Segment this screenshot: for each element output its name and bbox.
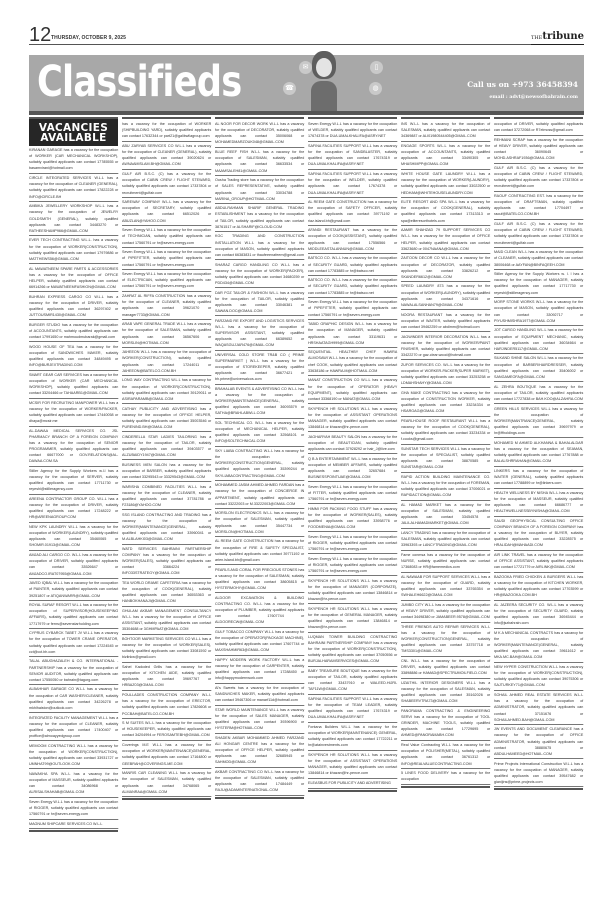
- classified-ad: SAUDI GEOPHYSICAL CONSULTING OFFICE COMP…: [494, 517, 583, 551]
- classified-ad: S M SUITES W.L.L has a vacancy for the o…: [122, 719, 211, 741]
- column-top-rule: [122, 117, 211, 119]
- classified-ad: MANAT CONSTRUCTION CO W.L.L has a vacanc…: [308, 376, 397, 404]
- contact-email: email : advt@newsofbahrain.com: [489, 94, 578, 100]
- column-1: VACANCIES AVAILABLE KIRANAN GARAGE has a…: [29, 117, 118, 832]
- classified-columns: VACANCIES AVAILABLE KIRANAN GARAGE has a…: [29, 117, 584, 887]
- classified-ad: BABY TREASURE BOUTIQUE has a vacancy for…: [308, 667, 397, 695]
- column-end-rule: [401, 786, 490, 788]
- classified-ad: ABU ZARYAB SERVICES CO W.L.L has a vacan…: [122, 142, 211, 170]
- classified-ad: DAR FOZ TAILOR & FASHION W.L.L has a vac…: [215, 288, 304, 316]
- column-top-rule: [401, 117, 490, 119]
- classified-ad: ELITE RESORT AND SPA W.L.L has a vacancy…: [401, 198, 490, 226]
- classified-ad: SKYPENCH HR SOLUTIONS W.L.L has a vacanc…: [308, 404, 397, 432]
- classified-ad: THREE FRIENDS AUTO REPAIR SERVICES W.L.L…: [401, 623, 490, 657]
- classified-ad: BURGER STUDIO has a vacancy for the occu…: [29, 320, 118, 342]
- classified-ad: AREENA CONTRACTOR GROUP CO. W.L.L has a …: [29, 495, 118, 523]
- classified-ad: Seven Energy W.L.L has a vacancy for the…: [122, 270, 211, 292]
- classified-ad: AMJAD ALI CARGO CO. W.L.L has a vacancy …: [29, 551, 118, 579]
- ad-list: has a vacancy for the occupation of WORK…: [122, 120, 211, 797]
- classified-ad: CYPRUS CYBARCK TABET JV W.L.L has a vaca…: [29, 629, 118, 657]
- brand-prefix: THE: [531, 35, 542, 41]
- classified-ad: BUHRAN EXPRESS CARGO CO W.L.L has a vaca…: [29, 292, 118, 320]
- envelope-icon: ✉: [299, 61, 312, 74]
- classified-ad: Seven Energy W.L.L has a vacancy for the…: [308, 532, 397, 554]
- classified-ad: HIMMI FOR PACKING FOOD STUFF has a vacan…: [308, 504, 397, 532]
- classified-ad: MOHAMMED JASIM AHMED AHMED FARDAN has a …: [215, 481, 304, 509]
- globe-icon: ◍: [369, 82, 382, 95]
- classified-ad: WATD SERVICES BAHRAINI PARTNERSHIP COMPA…: [122, 545, 211, 579]
- classified-ad: JAGHARYAH BEAUTY SALON has a vacancy for…: [308, 432, 397, 454]
- classified-ad: Seven Energy W.L.L has a vacancy for the…: [308, 554, 397, 576]
- classified-ad: EVER TECH CONTRACTING W.L.L. has a vacan…: [29, 236, 118, 264]
- classified-ad: Fame conmsa has a vacancy for the occupa…: [401, 551, 490, 573]
- classified-ad: LINKERS has a vacancy for the occupation…: [494, 467, 583, 489]
- classified-ad: AL REEM GATE CONSTRUCTION has a vacancy …: [215, 537, 304, 565]
- classified-ad: GHA MAKE CONTRACTING has a vacancy for t…: [401, 388, 490, 416]
- newspaper-page: 12 THURSDAY, OCTOBER 9, 2025 THEtribune …: [29, 0, 584, 900]
- classified-ad: AL-DAWAA MEDICAL SERVICES CO. JSL PHARMA…: [29, 427, 118, 467]
- classified-ad: LANCY TRADING has a vacancy for the occu…: [401, 529, 490, 551]
- classified-ad: BRAHALAB EVENTS & ADVERTISING CO W.L.L h…: [215, 385, 304, 419]
- classified-ad: ZAHRAT AL RIFFA CONSTRUCTION has a vacan…: [122, 292, 211, 320]
- classified-ad: ELEASBUS FOR PUBLICITY AND ADVERTISING: [308, 779, 397, 789]
- classified-ad: BATSCO CO. W.L.L has a vacancy for the o…: [308, 276, 397, 298]
- classified-ad: BOHTOOR MARKETING SERVICES CO W.L.L has …: [122, 635, 211, 663]
- column-4: Seven Energy W.L.L has a vacancy for the…: [308, 117, 397, 792]
- classified-ad: Fontana Builders W.L.L has a vacancy for…: [308, 723, 397, 751]
- classified-ad: RAPID ACTION BUILDING MAINTENANCE CO. W.…: [401, 473, 490, 501]
- classified-ad: Real Value Contracting W.L.L has a vacan…: [401, 741, 490, 769]
- column-end-rule: [308, 790, 397, 792]
- classified-ad: JW EVENTS AND DOCUMENT CLEARANCE has a v…: [494, 725, 583, 759]
- classified-ad: AL NOOR FOR DECOR WORK W.L.L has a vacan…: [215, 120, 304, 148]
- brand-logo: THEtribune: [531, 31, 584, 45]
- classified-ad: BAZOOKA FRIED CHICKEN & BURGERS W.L.L ha…: [494, 573, 583, 601]
- classified-ad: Stiller Agency for the Supply Workers w.…: [494, 270, 583, 298]
- classified-ad: KGC TRADING AND CONSTRUCTION INSTALLATIO…: [215, 232, 304, 260]
- classified-ad: Prime Projects International Constructio…: [494, 759, 583, 787]
- classified-ad: REHMANI SCRAP has a vacancy for the occu…: [494, 136, 583, 164]
- classified-ad: JAHEEON W.L.L has a vacancy for the occu…: [122, 348, 211, 376]
- classified-ad: ABDULRAHMAN SHARIF GENERAL TRADING ESTAB…: [215, 204, 304, 232]
- classified-ad: FARZAND RE EXPORT AND LOGISTICS SERVICES…: [215, 316, 304, 350]
- classified-ad: Seven Energy W.L.L has a vacancy for the…: [122, 226, 211, 248]
- classified-ad: Seven Energy W.L.L has a vacancy for the…: [29, 798, 118, 820]
- classified-ad: RAOUF CONTRACTING EST. has a vacancy for…: [494, 192, 583, 220]
- classified-ad: GULF TOBACCO COMPANY W.L.L has a vacancy…: [215, 628, 304, 656]
- classified-ad: Stiller Agency for the Supply Workers w.…: [29, 467, 118, 495]
- classified-ad: SPEED LAUNDRY 873 has a vacancy for the …: [401, 282, 490, 310]
- classified-ad: SUNSTAR TECH SERVICES W.L.L has a vacanc…: [401, 445, 490, 473]
- brand-name: tribune: [542, 31, 584, 42]
- classified-ad: BUSINESS MEN SALON has a vacancy for the…: [122, 460, 211, 482]
- classified-ad: GULF AIR B.S.C. (C) has a vacancy for th…: [494, 164, 583, 192]
- classified-ad: PANORAMA CONTRACTING & ENGINEERING SERVI…: [401, 707, 490, 741]
- classified-ad: SMART GEAR CAR SERVICES has a vacancy fo…: [29, 371, 118, 399]
- section-title: Classifieds: [37, 57, 241, 107]
- classified-ad: NAWAKHA SPA W.L.L has a vacancy for the …: [29, 769, 118, 797]
- classified-ad: GULF AIR B.S.C. (C) has a vacancy for th…: [122, 170, 211, 198]
- classified-ad: SILKAND SHINE SALON W.L.L has a vacancy …: [494, 354, 583, 382]
- classified-ad: MORSLON ELECTRONICS W.L.L has a vacancy …: [215, 509, 304, 537]
- classified-ad: ROYAL SURAF RESORT W.L.L has a vacancy f…: [29, 601, 118, 629]
- classified-ad: Al's Sweets has a vacancy for the occupa…: [215, 684, 304, 706]
- ad-list: AL NOOR FOR DECOR WORK W.L.L has a vacan…: [215, 120, 304, 796]
- classified-ad: SAFINA FACILITIES SUPPORT W.L.L has a va…: [308, 170, 397, 198]
- classified-ad: UNIVERSAL COLD STORE TR&B CO ( PRIME SUP…: [215, 351, 304, 385]
- classified-ad: AIR LINK TRAVEL has a vacancy for the oc…: [494, 551, 583, 573]
- classified-ad: JAVED IQBAL W.L.L has a vacancy for the …: [29, 579, 118, 601]
- classified-ad: AKBAR CONTRACTING CO W.L.L has a vacancy…: [215, 768, 304, 796]
- classified-ad: AFANDI RESTAURANT has a vacancy for the …: [308, 226, 397, 254]
- classified-ad: MCSIR FOR RECRUITING MANPOWER W.L.L has …: [29, 399, 118, 427]
- classifieds-banner: Classifieds ✉ ☎ ▯ ◍ Call us on +973 3645…: [29, 55, 584, 115]
- classified-ad: M K A MECHANICAL CONTRACTS has a vacancy…: [494, 629, 583, 663]
- classified-ad: HAPPY MODERN WORK FACTORY W.L.L has a va…: [215, 656, 304, 684]
- classified-ad: PEARLS AND CORAL FOR PRECIOUS STONES has…: [215, 565, 304, 593]
- classified-ad: SOHAIL AHMED REAL ESTATE SERVICES W.L.L …: [494, 691, 583, 725]
- column-5: INS W.L.L has a vacancy for the occupati…: [401, 117, 490, 788]
- column-2: has a vacancy for the occupation of WORK…: [122, 117, 211, 800]
- classified-ad: GHULAM AKBAR MANAGEMENT CONSULTANCY W.L.…: [122, 607, 211, 635]
- classified-ad: CATHAY PUBLICITY AND ADVERTISING has a v…: [122, 404, 211, 432]
- heading-line-2: AVAILABLE: [29, 133, 118, 143]
- masthead: 12 THURSDAY, OCTOBER 9, 2025 THEtribune: [29, 22, 584, 45]
- classified-ad: TEA WORLD DRAME CAFETERIA has a vacancy …: [122, 579, 211, 607]
- classified-ad: SKYPENCH HR SOLUTIONS W.L.L has a vacanc…: [308, 604, 397, 632]
- classified-ad: Seven Energy W.L.L has a vacancy for the…: [308, 298, 397, 320]
- ad-list: occupation of DRIVER, suitably qualified…: [494, 120, 583, 787]
- classified-ad: AAMIR SHAHZAD 79 SUPPORT SERVICES CO W.L…: [401, 226, 490, 254]
- classified-ad: ALDOOR EXCAVATION & BUILDING CONTRACTING…: [215, 593, 304, 627]
- classified-ad: SAFINA FACILITIES SUPPORT W.L.L has a va…: [308, 695, 397, 723]
- classified-ad: WARISHA COMBINED FACILITIES W.L.L has a …: [122, 482, 211, 510]
- classified-ad: SOL TECHNICAL CO. W.L.L has a vacancy fo…: [215, 419, 304, 447]
- classified-ad: PEARLHOUSE ROOF RESTAURANT W.L.L has a v…: [401, 417, 490, 445]
- classified-ad: TABID GRAPHIC DESIGN W.L.L has a vacancy…: [308, 320, 397, 348]
- classified-ad: MORP STONE WORKS W.L.L has a vacancy for…: [494, 298, 583, 326]
- page-number: 12: [29, 25, 51, 45]
- classified-ad: MAID CLEAN W.L.L has a vacancy for the o…: [494, 248, 583, 270]
- classified-ad: NOORA RESTAURANT has a vacancy for the o…: [401, 310, 490, 332]
- classified-ad: NEW HYPER CONSTRUCTION W.L.L has a vacan…: [494, 663, 583, 691]
- classified-ad: Seven Energy W.L.L has a vacancy for the…: [122, 248, 211, 270]
- classified-ad: ZUFOR SERVICES CO. W.L.L has a vacancy f…: [401, 360, 490, 388]
- classified-ad: BLUE REEF FISH W.L.L has a vacancy for t…: [215, 148, 304, 176]
- classified-ad: AL MAWATNEEM SPARE PARTS & ACCESSORIES h…: [29, 264, 118, 292]
- classified-ad: occupation of DRIVER, suitably qualified…: [494, 120, 583, 136]
- classified-ad: SHADEN AKBAR MOHAMMED AHMED FARZAND ALI …: [215, 734, 304, 768]
- classified-ad: JUMBO CITY W.L.L has a vacancy for the o…: [401, 601, 490, 623]
- column-end-rule: [29, 830, 118, 832]
- ad-list: KIRANAN GARAGE has a vacancy for the occ…: [29, 146, 118, 829]
- classified-ad: CIRCLE INTEGRATED SERVICES W.L.L has a v…: [29, 174, 118, 202]
- classified-ad: MOHAMED M AHMED ALKHANNA & BAHALALDAR ha…: [494, 438, 583, 466]
- classified-ad: SKYPENCH HR SOLUTIONS W.L.L has a vacanc…: [308, 751, 397, 779]
- call-number: Call us on +973 36458394: [467, 80, 578, 89]
- classified-ad: BATSCO CO. W.L.L has a vacancy for the o…: [308, 254, 397, 276]
- classified-ad: AL NAWAAB FOR SUPPORT SERVICES W.L.L has…: [401, 573, 490, 601]
- column-3: AL NOOR FOR DECOR WORK W.L.L has a vacan…: [215, 117, 304, 799]
- issue-date: THURSDAY, OCTOBER 9, 2025: [51, 35, 126, 41]
- classified-ad: ZAITOON DECOR CO W.L.L has a vacancy for…: [401, 254, 490, 282]
- classified-ad: UZAITHIL INTERIOR DESIGNERS W.L.L has a …: [401, 679, 490, 707]
- classified-ad: Ousha Trading store has a vacancy for th…: [215, 176, 304, 204]
- classified-ad: AMBIKA JEWELLERY WORKSHOP W.L.L has a va…: [29, 202, 118, 236]
- classified-ad: KIRANAN GARAGE has a vacancy for the occ…: [29, 146, 118, 174]
- classified-ad: AL REEM GATE CONSTRUCTION has a vacancy …: [308, 198, 397, 226]
- column-top-rule: [494, 117, 583, 119]
- column-top-rule: [215, 117, 304, 119]
- classified-ad: AL ZEHRA BOUTIQUE has a vacancy for the …: [494, 382, 583, 404]
- classified-ad: MANRIS CAR CLEANING W.L.L has a vacancy …: [122, 769, 211, 797]
- classified-ad: Q B A ENTERTAINMENT W.L.L has a vacancy …: [308, 454, 397, 482]
- classified-ad: POULLADES CONSTRUCTION COMPANY W.L.L has…: [122, 691, 211, 719]
- classified-ad: SAREWAY COMPANY W.L.L has a vacancy for …: [122, 198, 211, 226]
- classified-ad: HEALTH WELLNESS BY NISHA W.L.L has a vac…: [494, 489, 583, 517]
- classified-ad: SHARAZ CARGO HANDLING CO W.L.L has a vac…: [215, 260, 304, 288]
- classified-ad: GULF AIR B.S.C. (C) has a vacancy for th…: [494, 220, 583, 248]
- classified-ad: SKYPENCH HR SOLUTIONS W.L.L has a vacanc…: [308, 576, 397, 604]
- classified-ad: has a vacancy for the occupation of WORK…: [122, 120, 211, 142]
- classified-ad: TALAL ABUGHAZALEH & CO. INTERNATIONAL - …: [29, 657, 118, 685]
- classified-ad: GREEN HILLS SERVICES W.L.L has a vacancy…: [494, 404, 583, 438]
- column-end-rule: [122, 798, 211, 800]
- ad-list: Seven Energy W.L.L has a vacancy for the…: [308, 120, 397, 789]
- classified-ad: Seven Energy W.L.L has a vacancy for the…: [308, 120, 397, 142]
- classified-ad: STAR WORLD MAINTENANCE W.L.L has a vacan…: [215, 706, 304, 734]
- column-end-rule: [494, 788, 583, 790]
- classified-ad: ENGAGE SPORTS W.L.L has a vacancy for th…: [401, 142, 490, 170]
- column-end-rule: [215, 797, 304, 799]
- classified-ad: SSG ISLAND CONTRACTING AND TRADING has a…: [122, 510, 211, 544]
- classified-ad: WHITE HOUSE GATE LAUNDRY W.L.L has a vac…: [401, 170, 490, 198]
- phone-icon: ☎: [283, 82, 296, 95]
- classified-ad: Coverings M.E W.L.L has a vacancy for th…: [122, 741, 211, 769]
- vacancies-heading: VACANCIES AVAILABLE: [29, 117, 118, 146]
- classified-ad: INS W.L.L has a vacancy for the occupati…: [401, 120, 490, 142]
- classified-ad: ARAB VAPE GENERAL TRADE W.L.L has a vaca…: [122, 320, 211, 348]
- classified-ad: WOOD HOUSE OF TEA has a vacancy for the …: [29, 342, 118, 370]
- classified-ad: SAFINA FACILITIES SUPPORT W.L.L has a va…: [308, 142, 397, 170]
- classified-ad: CNL W.L.L has a vacancy for the occupati…: [401, 657, 490, 679]
- classified-ad: LUQMAN TOWER BUILDING CONTRACTING BAHRAI…: [308, 633, 397, 667]
- classified-ad: JAGWINDER INTERIOR DECORATION W.L.L has …: [401, 332, 490, 360]
- classified-ad: AL HAMAD MARKET has a vacancy for the oc…: [401, 501, 490, 529]
- classified-ad: CINDERELLA STAR LADIES TAILORING has a v…: [122, 432, 211, 460]
- ad-list: INS W.L.L has a vacancy for the occupati…: [401, 120, 490, 785]
- classified-ad: ALBAHHAR GARAGE CO W.L.L has a vacancy f…: [29, 685, 118, 713]
- classified-ad: MEMOOM CONTRACTING W.L.L has a vacancy f…: [29, 741, 118, 769]
- classified-ad: 5 LINES FOOD DELIVERY has a vacancy for …: [401, 769, 490, 785]
- classified-ad: Seven Energy W.L.L has a vacancy for the…: [308, 482, 397, 504]
- classified-ad: SKY LIABA CONTRACTING W.L.L has a vacanc…: [215, 447, 304, 481]
- classified-ad: LONG WAY CONTRACTING W.L.L has a vacancy…: [122, 376, 211, 404]
- classified-ad: AL JAZEERA SECURITY CO. W.L.L has a vaca…: [494, 601, 583, 629]
- classified-ad: MAGNUM SHIPCARE SERVICES CO W.L.L: [29, 820, 118, 830]
- classified-ad: JOT CARGO HANDLING W.L.L has a vacancy f…: [494, 326, 583, 354]
- classified-ad: Sahel Kadoded Grills has a vacancy for t…: [122, 663, 211, 691]
- column-top-rule: [308, 117, 397, 119]
- classified-ad: SEQUENTIAL HEALTHBY CHEF HAWRA ALMOSAWI …: [308, 348, 397, 376]
- classified-ad: NEW KPK LAUNDRY W.L.L has a vacancy for …: [29, 523, 118, 551]
- column-6: occupation of DRIVER, suitably qualified…: [494, 117, 583, 790]
- mobile-icon: ▯: [370, 61, 383, 74]
- classified-ad: INTEGRATED FACILITY MANAGEMENT W.L.L has…: [29, 713, 118, 741]
